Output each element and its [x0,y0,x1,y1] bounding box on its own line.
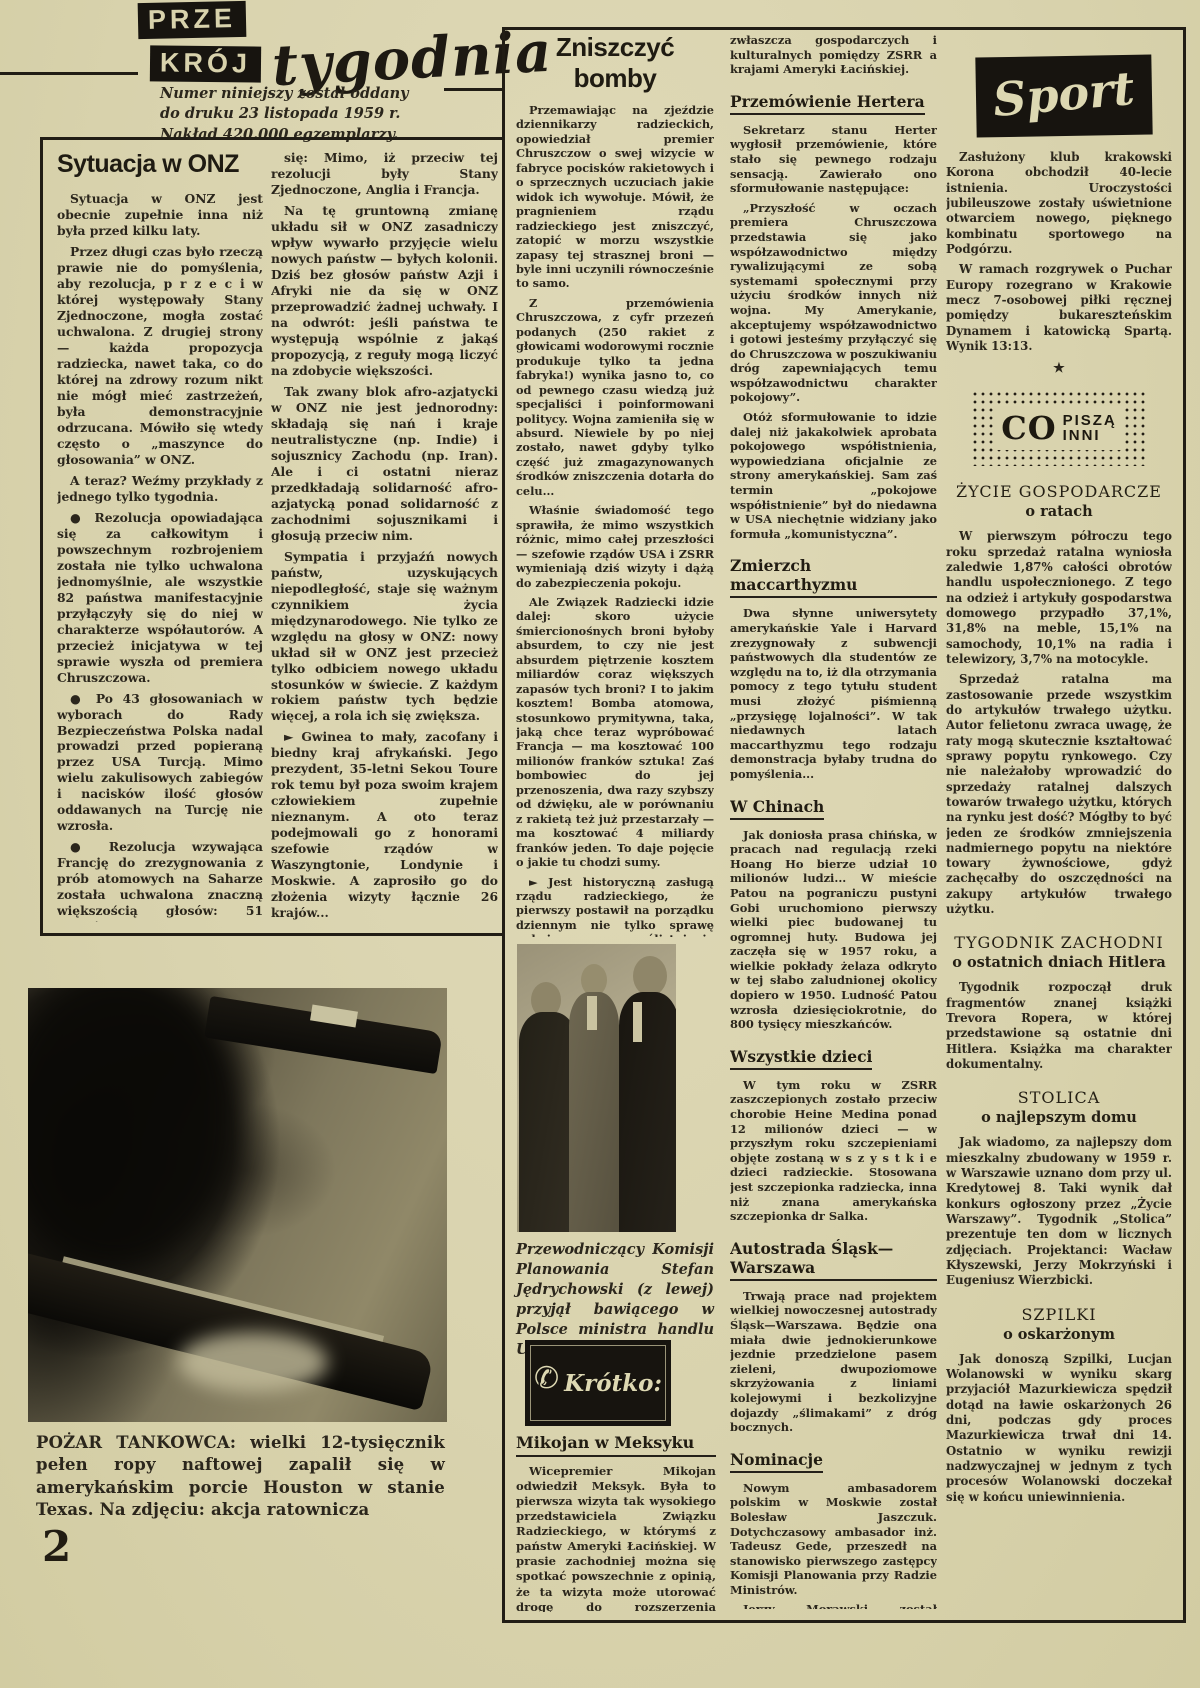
paragraph: Dwa słynne uniwersytety amerykańskie Yal… [730,606,937,781]
onz-column-1: Sytuacja w ONZ Sytuacja w ONZ jest obecn… [57,150,263,922]
krotko-logo: ✆ Krótko: [527,1342,669,1424]
paragraph: Z przemówienia Chruszczowa, z cyfr przez… [516,296,714,498]
telephone-icon: ✆ [534,1364,559,1394]
przekroj-logo-bottom: KRÓJ [150,45,261,82]
paragraph: się: Mimo, iż przeciw tej rezolucji były… [271,150,498,198]
paragraph: ● Po 43 głosowaniach w wyborach do Rady … [57,691,263,835]
section-heading: Autostrada Śląsk—Warszawa [730,1239,937,1281]
paragraph: Przemawiając na zjeździe dziennikarzy ra… [516,103,714,291]
paragraph: Sytuacja w ONZ jest obecnie zupełnie inn… [57,191,263,239]
masthead-rule-right [444,88,503,91]
section-heading: Nominacje [730,1450,823,1473]
review-subtitle: o najlepszym domu [946,1109,1172,1126]
review-source-title: SZPILKI [946,1305,1172,1324]
sport-paragraph-1: Zasłużony klub krakowski Korona obchodzi… [946,150,1172,354]
bomby-column: Zniszczyć bomby Przemawiając na zjeździe… [516,32,714,937]
bomby-headline: Zniszczyć bomby [516,32,714,94]
page-number: 2 [42,1522,71,1571]
krotko-logo-text: Krótko: [564,1370,662,1397]
star-divider-icon: ★ [946,361,1172,376]
paragraph: Jak wiadomo, za najlepszy dom mieszkalny… [946,1135,1172,1288]
paragraph: „Przyszłość w oczach premiera Chruszczow… [730,201,937,405]
photo-figure-shirt [633,1002,642,1042]
print-note: Numer niniejszy został oddany do druku 2… [160,84,409,145]
paragraph: ● Rezolucja opowiadająca się za całkowit… [57,510,263,686]
review-subtitle: o oskarżonym [946,1326,1172,1343]
review-source-title: TYGODNIK ZACHODNI [946,933,1172,952]
onz-column-1-text: Sytuacja w ONZ jest obecnie zupełnie inn… [57,191,263,922]
paragraph: ► Jest historyczną zasługą rządu radziec… [516,875,714,937]
paragraph: Otóż sformułowanie to idzie dalej niż ja… [730,410,937,541]
newspaper-page: PRZE KRÓJ tygodnia Numer niniejszy zosta… [0,0,1200,1688]
paragraph: Nowym ambasadorem polskim w Moskwie zost… [730,1481,937,1598]
press-logo-words: PISZĄ INNI [1063,413,1117,445]
press-logo-co: CO [1001,409,1056,447]
section-heading: Zmierzch maccarthyzmu [730,556,937,598]
paragraph: ● Rezolucja wzywająca Francję do zrezygn… [57,839,263,922]
paragraph: Sprzedaż ratalna ma zastosowanie przede … [946,672,1172,917]
paragraph: Tygodnik rozpoczął druk fragmentów znane… [946,980,1172,1072]
photo-figure-body [619,992,676,1232]
tanker-photo-caption: POŻAR TANKOWCA: wielki 12-tysięcznik peł… [36,1432,445,1521]
paragraph: Przez długi czas było rzeczą prawie nie … [57,244,263,468]
news-column-4: zwłaszcza gospodarczych i kulturalnych p… [730,33,937,1609]
sport-logo-text: Sport [991,61,1137,127]
onz-column-2: się: Mimo, iż przeciw tej rezolucji były… [271,150,498,922]
mikojan-text: Wicepremier Mikojan odwiedził Meksyk. By… [516,1464,716,1612]
masthead-rule-left [0,72,138,75]
section-heading: W Chinach [730,797,824,820]
paragraph: Sympatia i przyjaźń nowych państw, uzysk… [271,549,498,725]
photo-figure-head [633,956,667,996]
onz-headline: Sytuacja w ONZ [57,150,263,179]
sport-logo: Sport [975,54,1152,137]
paragraph: Sekretarz stanu Herter wygłosił przemówi… [730,123,937,196]
press-logo-pisza: PISZĄ [1063,413,1117,429]
paragraph: ► Gwinea to mały, zacofany i biedny kraj… [271,729,498,921]
review-subtitle: o ratach [946,503,1172,520]
paragraph: Jak doniosła prasa chińska, w pracach na… [730,828,937,1032]
paragraph: Wicepremier Mikojan odwiedził Meksyk. By… [516,1464,716,1612]
paragraph: Na tę gruntowną zmianę układu sił w ONZ … [271,203,498,379]
przekroj-logo-top: PRZE [138,1,247,39]
paragraph: Jerzy Morawski został mianowany wiceprez… [730,1602,937,1609]
paragraph: Trwają prace nad projektem wielkiej nowo… [730,1289,937,1435]
paragraph: W ramach rozgrywek o Puchar Europy rozeg… [946,262,1172,354]
print-note-line: Numer niniejszy został oddany [160,84,409,104]
paragraph: Właśnie świadomość tego sprawiła, że mim… [516,503,714,590]
water-spray [178,1332,328,1392]
column-4-sections: Przemówienie HerteraSekretarz stanu Hert… [730,82,937,1609]
co-pisza-inni-logo: CO PISZĄ INNI [971,390,1147,466]
paragraph: Jak donoszą Szpilki, Lucjan Wolanowski w… [946,1352,1172,1505]
review-source-title: ŻYCIE GOSPODARCZE [946,482,1172,501]
press-logo-inni: INNI [1063,428,1117,444]
column-4-intro: zwłaszcza gospodarczych i kulturalnych p… [730,33,937,77]
paragraph: W tym roku w ZSRR zaszczepionych zostało… [730,1078,937,1224]
mikojan-heading: Mikojan w Meksyku [516,1433,716,1457]
paragraph: Zasłużony klub krakowski Korona obchodzi… [946,150,1172,257]
photo-figure-shirt [587,996,597,1030]
delegation-photo [517,944,676,1232]
onz-column-2-text: się: Mimo, iż przeciw tej rezolucji były… [271,150,498,921]
print-note-line: do druku 23 listopada 1959 r. [160,104,409,124]
paragraph: Ale Związek Radziecki idzie dalej: skoro… [516,595,714,870]
paragraph: A teraz? Weźmy przykłady z jednego tylko… [57,473,263,505]
co-pisza-inni-inner: CO PISZĄ INNI [993,406,1125,450]
tanker-fire-photo [28,988,447,1422]
review-subtitle: o ostatnich dniach Hitlera [946,954,1172,971]
news-column-5: Sport Zasłużony klub krakowski Korona ob… [946,52,1172,1610]
section-heading: Wszystkie dzieci [730,1047,872,1070]
review-source-title: STOLICA [946,1088,1172,1107]
section-heading: Przemówienie Hertera [730,92,925,115]
press-review-sections: ŻYCIE GOSPODARCZEo ratachW pierwszym pół… [946,482,1172,1505]
paragraph: W pierwszym półroczu tego roku sprzedaż … [946,529,1172,667]
paragraph: Tak zwany blok afro-azjatycki w ONZ nie … [271,384,498,544]
bomby-text: Przemawiając na zjeździe dziennikarzy ra… [516,103,714,937]
